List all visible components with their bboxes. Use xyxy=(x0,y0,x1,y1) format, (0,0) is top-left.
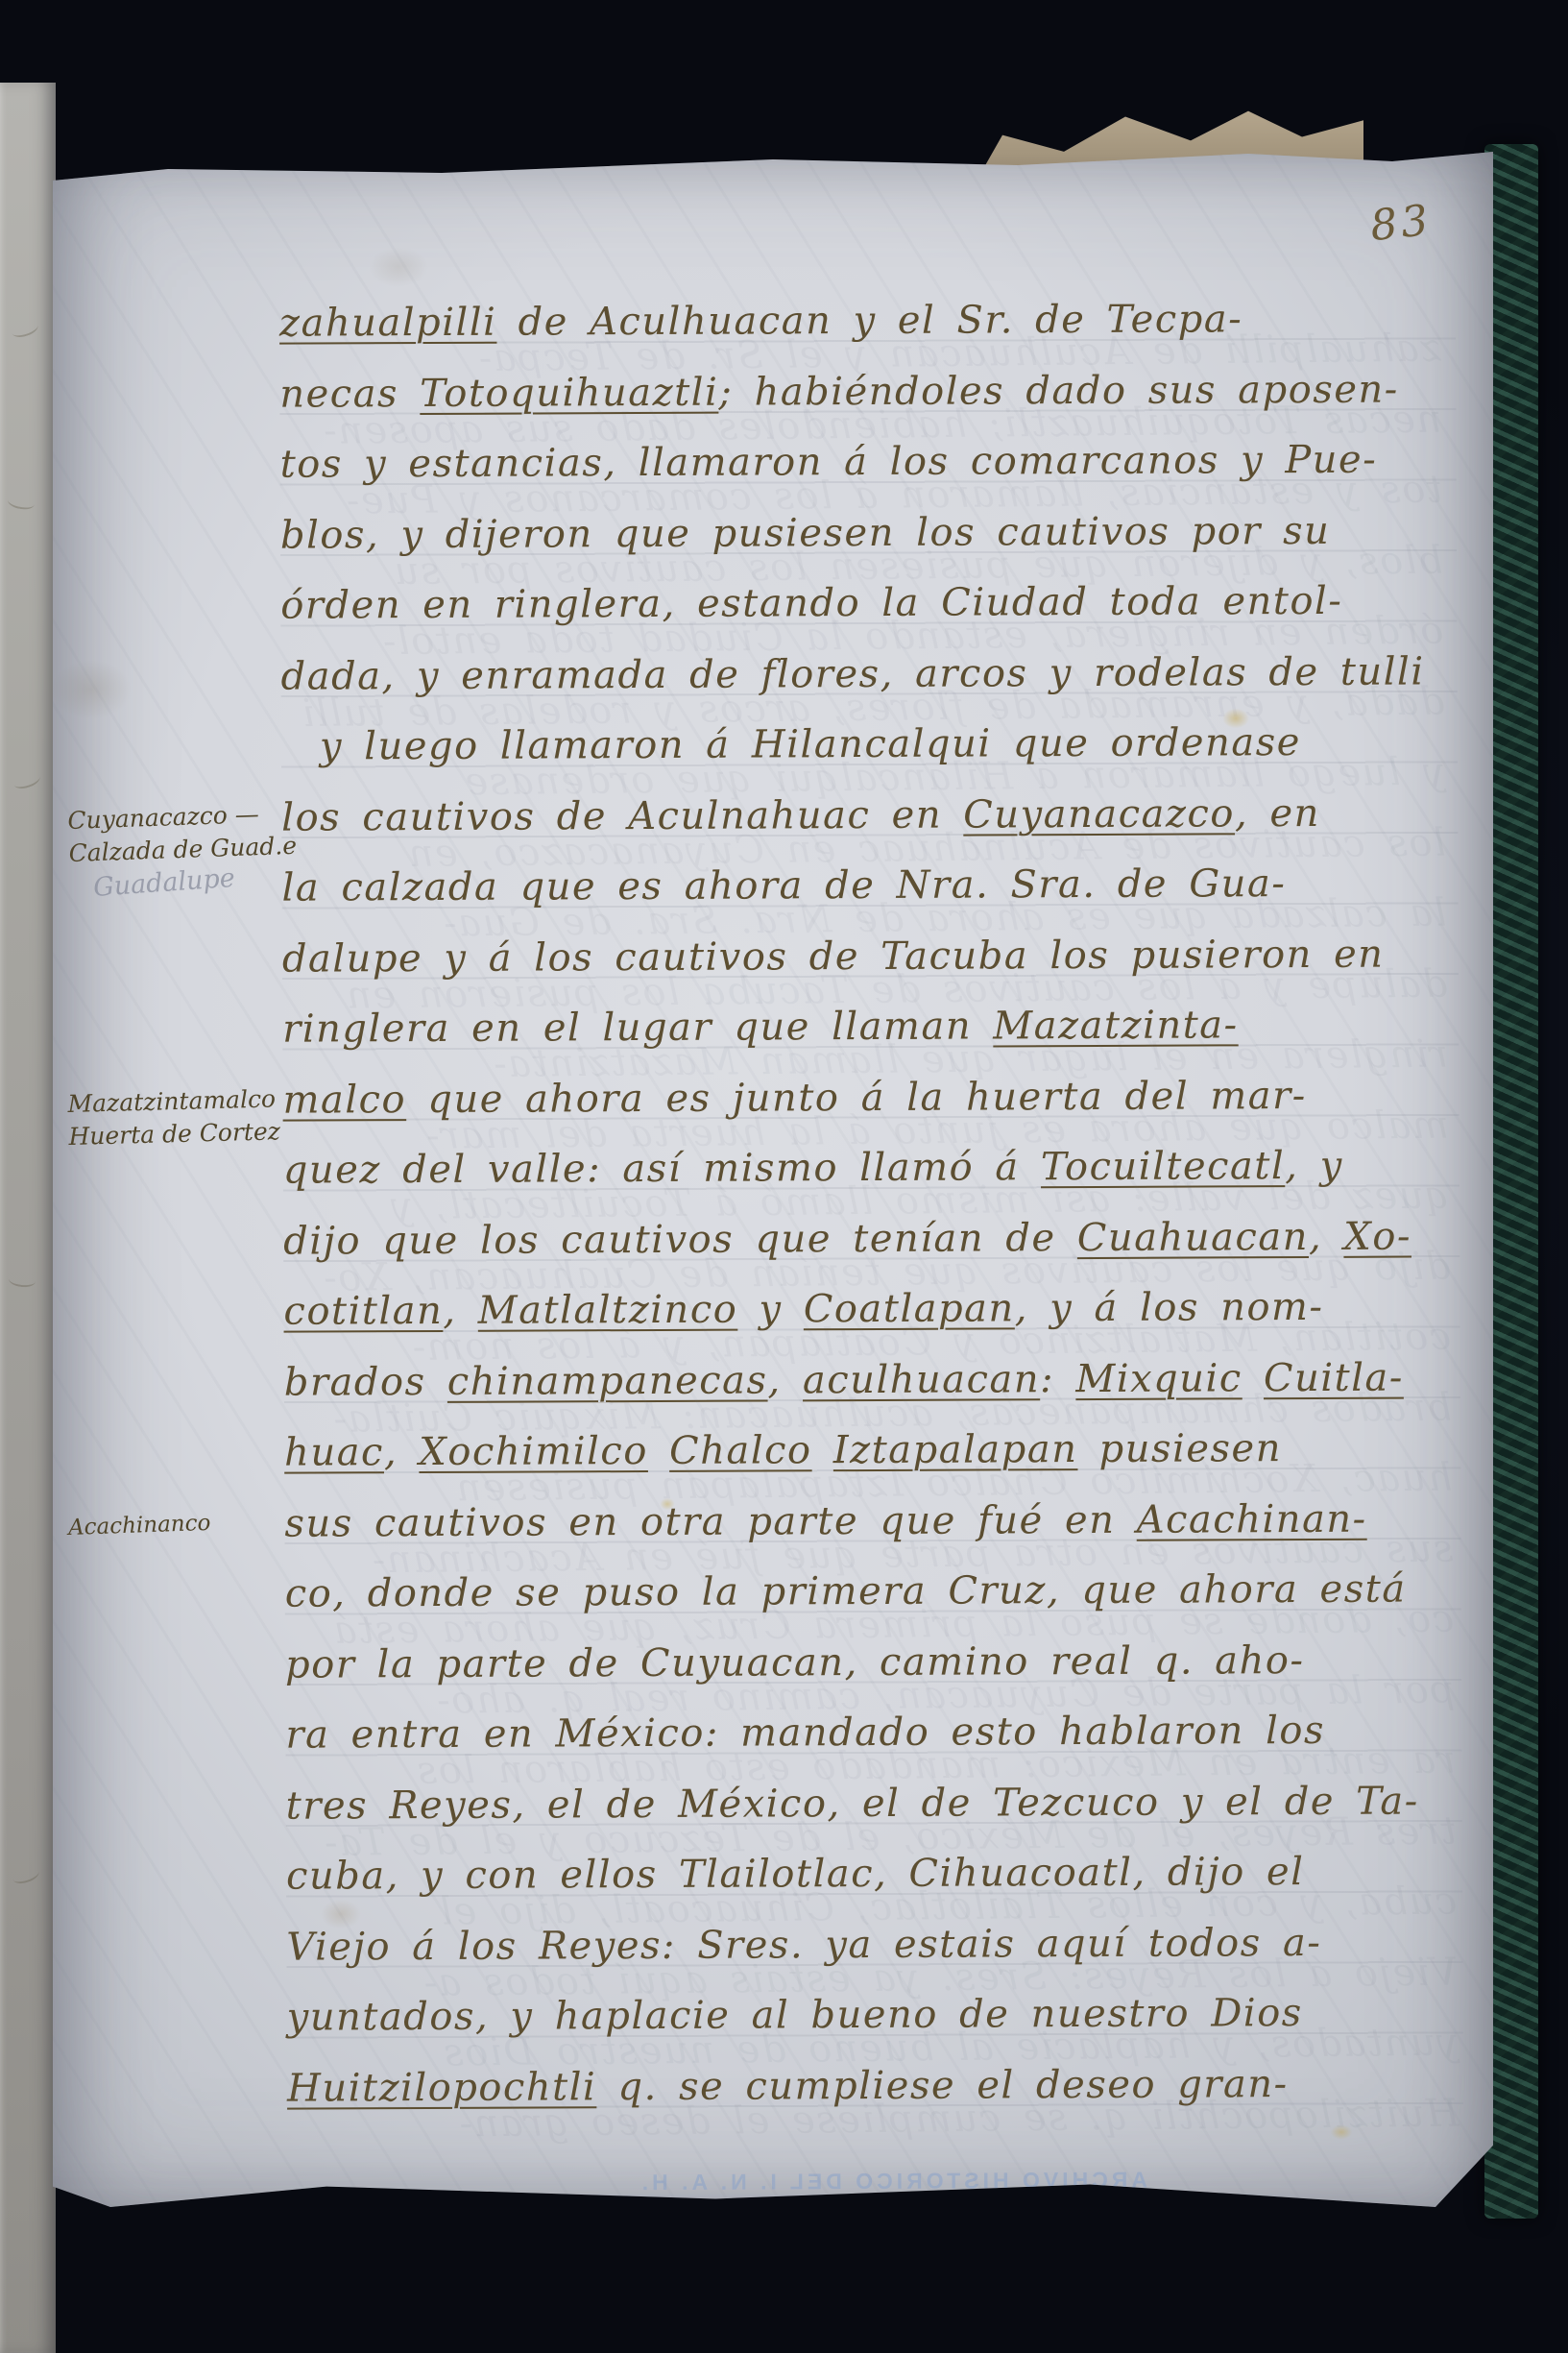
page-edge-mark xyxy=(11,319,40,340)
manuscript-line: ra entra en México: mandado esto hablaro… xyxy=(285,1695,1461,1771)
manuscript-line: ringlera en el lugar que llaman Mazatzin… xyxy=(282,989,1459,1065)
manuscript-line: co, donde se puso la primera Cruz, que a… xyxy=(285,1554,1461,1630)
manuscript-line: cuba, y con ellos Tlailotlac, Cihuacoatl… xyxy=(286,1836,1462,1912)
manuscript-line: tos y estancias, llamaron á los comarcan… xyxy=(279,425,1456,500)
photograph-background: { "page": { "number": "83", "stamp_text"… xyxy=(0,0,1568,2353)
manuscript-line: huac, Xochimilco Chalco Iztapalapan pusi… xyxy=(284,1413,1460,1489)
manuscript-line: dada, y enramada de flores, arcos y rode… xyxy=(280,637,1457,713)
margin-note-line: Huerta de Cortez xyxy=(68,1115,290,1153)
manuscript-line: los cautivos de Aculnahuac en Cuyanacazc… xyxy=(281,778,1458,854)
margin-note-mazatzintamalco: Mazatzintamalco Huerta de Cortez xyxy=(67,1082,290,1153)
page-number: 83 xyxy=(1368,190,1488,251)
margin-note-cuyanacazco: Cuyanacazco — Calzada de Guad.e xyxy=(67,797,290,870)
manuscript-line: zahualpilli de Aculhuacan y el Sr. de Te… xyxy=(279,283,1456,359)
manuscript-line: blos, y dijeron que pusiesen los cautivo… xyxy=(280,496,1457,571)
page-edge-mark xyxy=(12,770,42,791)
manuscript-line: órden en ringlera, estando la Ciudad tod… xyxy=(280,566,1457,642)
manuscript-line: tres Reyes, el de México, el de Tezcuco … xyxy=(286,1766,1462,1842)
manuscript-line: cotitlan, Matlaltzinco y Coatlapan, y á … xyxy=(283,1272,1459,1347)
manuscript-line: Viejo á los Reyes: Sres. ya estais aquí … xyxy=(286,1907,1462,1983)
manuscript-line: dalupe y á los cautivos de Tacuba los pu… xyxy=(282,919,1459,995)
page-stack-edge xyxy=(0,83,56,2353)
margin-note-acachinanco: Acachinanco xyxy=(67,1504,289,1544)
manuscript-text: zahualpilli de Aculhuacan y el Sr. de Te… xyxy=(279,283,1463,2123)
page-edge-mark xyxy=(7,494,36,512)
manuscript-line: necas Totoquihuaztli; habiéndoles dado s… xyxy=(279,354,1456,430)
manuscript-line: Huitzilopochtli q. se cumpliese el deseo… xyxy=(287,2049,1463,2124)
manuscript-line: la calzada que es ahora de Nra. Sra. de … xyxy=(281,848,1458,924)
manuscript-line: quez del valle: así mismo llamó á Tocuil… xyxy=(283,1130,1459,1206)
manuscript-line: dijo que los cautivos que tenían de Cuah… xyxy=(283,1201,1459,1277)
page-edge-mark xyxy=(12,1865,41,1886)
manuscript-line: malco que ahora es junto á la huerta del… xyxy=(282,1060,1459,1136)
manuscript-line: y luego llamaron á Hilancalqui que orden… xyxy=(281,707,1458,783)
manuscript-line: yuntados, y haplacie al bueno de nuestro… xyxy=(287,1977,1463,2053)
page-edge-mark xyxy=(8,1273,36,1289)
archive-stamp-mirrored: ARCHIVO HISTORICO DEL I. N. A. H. xyxy=(571,2167,1147,2195)
manuscript-page: zahualpilli de Aculhuacan y el Sr. de Te… xyxy=(53,152,1493,2207)
manuscript-line: por la parte de Cuyuacan, camino real q.… xyxy=(285,1625,1461,1701)
manuscript-line: brados chinampanecas, aculhuacan: Mixqui… xyxy=(284,1343,1460,1419)
manuscript-line: sus cautivos en otra parte que fué en Ac… xyxy=(284,1484,1460,1560)
